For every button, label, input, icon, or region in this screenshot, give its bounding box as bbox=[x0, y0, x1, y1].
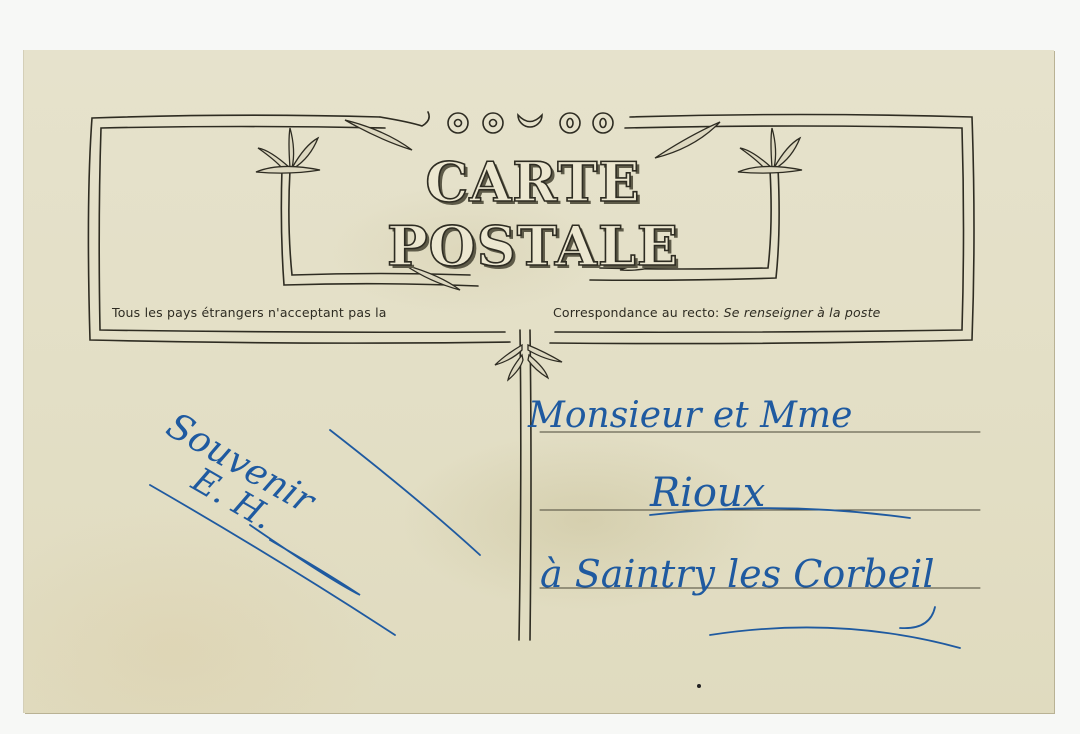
top-ornament-icons bbox=[448, 113, 613, 133]
notice-right-plain: Correspondance au recto: bbox=[553, 305, 719, 320]
decorative-frame bbox=[0, 0, 1080, 734]
notice-right-italic: Se renseigner à la poste bbox=[724, 305, 881, 320]
ink-spot bbox=[697, 684, 701, 688]
address-line-1: Monsieur et Mme bbox=[528, 395, 852, 436]
address-line-2: Rioux bbox=[650, 470, 765, 516]
carte-postale-title: CARTE POSTALE bbox=[318, 150, 748, 278]
notice-right: Correspondance au recto: Se renseigner à… bbox=[553, 305, 881, 320]
address-line-3: à Saintry les Corbeil bbox=[540, 552, 935, 596]
title-carte: CARTE bbox=[425, 150, 640, 214]
notice-left: Tous les pays étrangers n'acceptant pas … bbox=[112, 305, 387, 320]
title-postale: POSTALE bbox=[387, 214, 679, 278]
